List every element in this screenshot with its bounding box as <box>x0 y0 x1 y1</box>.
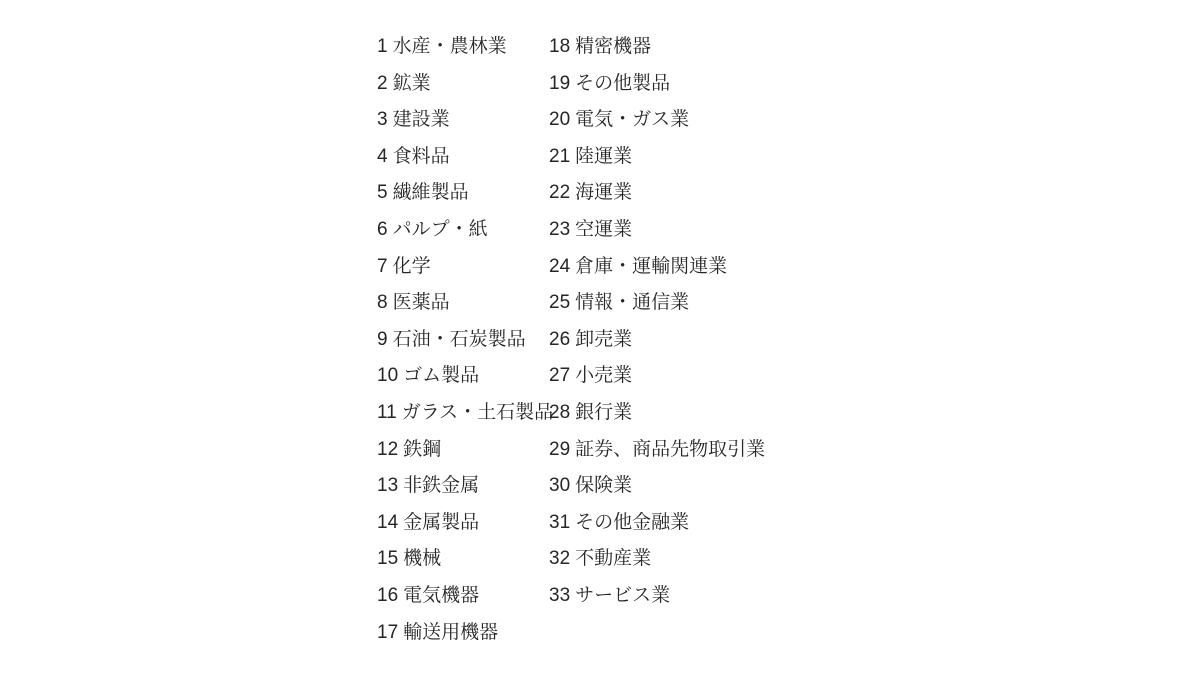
industry-label: 医薬品 <box>393 285 450 322</box>
industry-label: 海運業 <box>575 175 632 212</box>
industry-label: 倉庫・運輸関連業 <box>575 249 727 286</box>
industry-item-right: 19その他製品 <box>549 66 670 103</box>
industry-label: 小売業 <box>575 358 632 395</box>
industry-item-right: 32不動産業 <box>549 541 651 578</box>
industry-label: その他製品 <box>575 66 670 103</box>
industry-label: 保険業 <box>575 468 632 505</box>
industry-item-right: 23空運業 <box>549 212 632 249</box>
industry-number: 12 <box>377 432 398 469</box>
industry-item-left: 7化学 <box>377 249 549 286</box>
industry-label: ガラス・土石製品 <box>402 395 553 432</box>
industry-number: 3 <box>377 102 388 139</box>
industry-item-right: 33サービス業 <box>549 578 670 615</box>
industry-label: 銀行業 <box>575 395 632 432</box>
industry-number: 15 <box>377 541 398 578</box>
industry-label: 鉱業 <box>393 66 431 103</box>
industry-row: 8医薬品 25情報・通信業 <box>377 285 765 322</box>
industry-number: 25 <box>549 285 570 322</box>
industry-item-left: 11ガラス・土石製品 <box>377 395 549 432</box>
industry-label: 機械 <box>403 541 441 578</box>
industry-number: 1 <box>377 29 388 66</box>
industry-item-left: 9石油・石炭製品 <box>377 322 549 359</box>
industry-item-right: 29証券、商品先物取引業 <box>549 432 765 469</box>
industry-item-right: 18精密機器 <box>549 29 651 66</box>
industry-row: 12鉄鋼 29証券、商品先物取引業 <box>377 432 765 469</box>
industry-item-left: 6パルプ・紙 <box>377 212 549 249</box>
industry-label: 陸運業 <box>575 139 632 176</box>
industry-item-left: 2鉱業 <box>377 66 549 103</box>
industry-label: 証券、商品先物取引業 <box>575 432 765 469</box>
industry-item-left: 1水産・農林業 <box>377 29 549 66</box>
industry-label: 卸売業 <box>575 322 632 359</box>
industry-label: 建設業 <box>393 102 450 139</box>
industry-number: 23 <box>549 212 570 249</box>
industry-number: 18 <box>549 29 570 66</box>
industry-label: 電気・ガス業 <box>575 102 689 139</box>
industry-number: 19 <box>549 66 570 103</box>
industry-row: 4食料品 21陸運業 <box>377 139 765 176</box>
industry-item-left: 10ゴム製品 <box>377 358 549 395</box>
industry-row: 17輸送用機器 <box>377 615 765 652</box>
industry-number: 30 <box>549 468 570 505</box>
industry-item-left: 17輸送用機器 <box>377 615 549 652</box>
industry-item-left: 15機械 <box>377 541 549 578</box>
industry-label: 輸送用機器 <box>403 615 498 652</box>
industry-number: 17 <box>377 615 398 652</box>
industry-number: 26 <box>549 322 570 359</box>
industry-number: 32 <box>549 541 570 578</box>
industry-label: 化学 <box>393 249 431 286</box>
industry-number: 13 <box>377 468 398 505</box>
industry-item-left: 14金属製品 <box>377 505 549 542</box>
industry-number: 31 <box>549 505 570 542</box>
industry-label: 非鉄金属 <box>403 468 479 505</box>
industry-label: 水産・農林業 <box>393 29 507 66</box>
industry-label: 電気機器 <box>403 578 479 615</box>
industry-number: 8 <box>377 285 388 322</box>
industry-number: 6 <box>377 212 388 249</box>
industry-row: 14金属製品 31その他金融業 <box>377 505 765 542</box>
industry-row: 1水産・農林業 18精密機器 <box>377 29 765 66</box>
industry-item-right: 27小売業 <box>549 358 632 395</box>
industry-item-right: 20電気・ガス業 <box>549 102 689 139</box>
industry-number: 22 <box>549 175 570 212</box>
industry-label: 石油・石炭製品 <box>393 322 526 359</box>
industry-number: 9 <box>377 322 388 359</box>
industry-item-right: 21陸運業 <box>549 139 632 176</box>
industry-number: 21 <box>549 139 570 176</box>
industry-row: 13非鉄金属 30保険業 <box>377 468 765 505</box>
industry-row: 9石油・石炭製品 26卸売業 <box>377 322 765 359</box>
industry-item-left: 3建設業 <box>377 102 549 139</box>
industry-row: 2鉱業 19その他製品 <box>377 66 765 103</box>
industry-row: 7化学 24倉庫・運輸関連業 <box>377 249 765 286</box>
industry-row: 6パルプ・紙 23空運業 <box>377 212 765 249</box>
industry-label: 繊維製品 <box>393 175 469 212</box>
industry-label: ゴム製品 <box>403 358 479 395</box>
industry-list: 1水産・農林業 18精密機器 2鉱業 19その他製品 3建設業 20電気・ガス業… <box>377 29 765 651</box>
industry-label: 空運業 <box>575 212 632 249</box>
industry-number: 7 <box>377 249 388 286</box>
industry-row: 15機械 32不動産業 <box>377 541 765 578</box>
industry-item-right: 26卸売業 <box>549 322 632 359</box>
industry-item-right: 28銀行業 <box>549 395 632 432</box>
industry-item-right: 24倉庫・運輸関連業 <box>549 249 727 286</box>
industry-label: 鉄鋼 <box>403 432 441 469</box>
industry-number: 11 <box>377 395 397 432</box>
industry-number: 4 <box>377 139 388 176</box>
industry-label: 金属製品 <box>403 505 479 542</box>
industry-item-right: 25情報・通信業 <box>549 285 689 322</box>
industry-row: 11ガラス・土石製品 28銀行業 <box>377 395 765 432</box>
industry-number: 33 <box>549 578 570 615</box>
industry-label: 食料品 <box>393 139 450 176</box>
industry-item-right: 30保険業 <box>549 468 632 505</box>
industry-label: 不動産業 <box>575 541 651 578</box>
industry-row: 3建設業 20電気・ガス業 <box>377 102 765 139</box>
industry-label: 精密機器 <box>575 29 651 66</box>
industry-item-left: 16電気機器 <box>377 578 549 615</box>
industry-number: 14 <box>377 505 398 542</box>
industry-row: 16電気機器 33サービス業 <box>377 578 765 615</box>
industry-number: 2 <box>377 66 388 103</box>
page: 1水産・農林業 18精密機器 2鉱業 19その他製品 3建設業 20電気・ガス業… <box>0 0 1200 675</box>
industry-item-right: 22海運業 <box>549 175 632 212</box>
industry-item-left: 4食料品 <box>377 139 549 176</box>
industry-number: 20 <box>549 102 570 139</box>
industry-number: 28 <box>549 395 570 432</box>
industry-item-left: 13非鉄金属 <box>377 468 549 505</box>
industry-number: 10 <box>377 358 398 395</box>
industry-label: サービス業 <box>575 578 670 615</box>
industry-number: 24 <box>549 249 570 286</box>
industry-row: 5繊維製品 22海運業 <box>377 175 765 212</box>
industry-item-right: 31その他金融業 <box>549 505 689 542</box>
industry-item-left: 8医薬品 <box>377 285 549 322</box>
industry-item-left: 5繊維製品 <box>377 175 549 212</box>
industry-number: 29 <box>549 432 570 469</box>
industry-label: パルプ・紙 <box>393 212 488 249</box>
industry-number: 5 <box>377 175 388 212</box>
industry-row: 10ゴム製品 27小売業 <box>377 358 765 395</box>
industry-number: 27 <box>549 358 570 395</box>
industry-label: 情報・通信業 <box>575 285 689 322</box>
industry-label: その他金融業 <box>575 505 689 542</box>
industry-item-left: 12鉄鋼 <box>377 432 549 469</box>
industry-number: 16 <box>377 578 398 615</box>
